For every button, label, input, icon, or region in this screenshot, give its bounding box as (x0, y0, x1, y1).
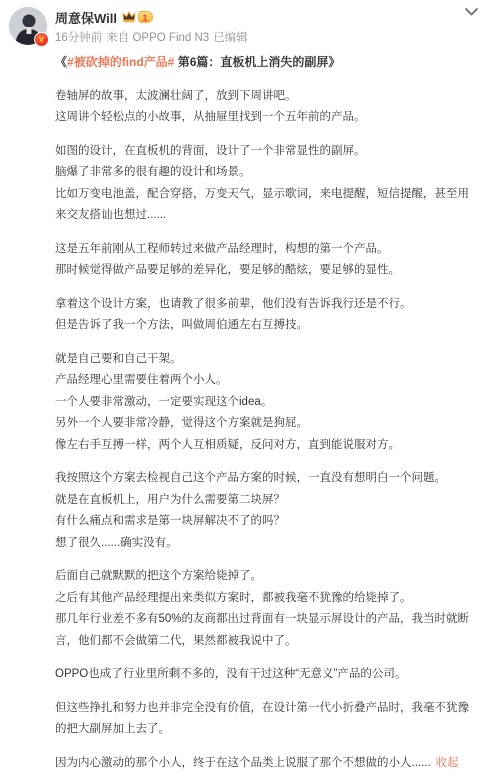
post-edited-label: 已编辑 (213, 32, 248, 44)
paragraph: OPPO也成了行业里所剩不多的，没有干过这种“无意义”产品的公司。 (55, 664, 471, 686)
paragraph: 就是自己要和自己干架。产品经理心里需要住着两个小人。一个人要非常激动，一定要实现… (55, 349, 471, 457)
last-paragraph-text: 因为内心激动的那个小人，终于在这个品类上说服了那个不想做的小人...... (55, 757, 431, 769)
paragraph: 但这些挣扎和努力也并非完全没有价值，在设计第一代小折叠产品时，我毫不犹豫的把大副… (55, 698, 471, 741)
paragraph: 拿着这个设计方案，也请教了很多前辈，他们没有告诉我行还是不行。但是告诉了我一个方… (55, 294, 471, 337)
title-rest: 第6篇：直板机上消失的副屏》 (174, 55, 340, 69)
author-name[interactable]: 周意保Will (55, 8, 117, 27)
collapse-link[interactable]: 收起 (436, 757, 459, 769)
post-time: 16分钟前 (55, 32, 102, 44)
verified-badge-icon: V (34, 32, 49, 47)
post-body: 《#被砍掉的find产品# 第6篇：直板机上消失的副屏》 卷轴屏的故事，太波澜壮… (55, 52, 471, 774)
chevron-down-icon[interactable] (464, 5, 479, 17)
paragraph: 后面自己就默默的把这个方案给毙掉了。之后有其他产品经理提出来类似方案时，都被我毫… (55, 566, 471, 652)
paragraph: 我按照这个方案去检视自己这个产品方案的时候，一直没有想明白一个问题。就是在直板机… (55, 468, 471, 554)
title-open: 《 (55, 55, 67, 69)
paragraphs-container: 卷轴屏的故事，太波澜壮阔了，放到下周讲吧。这周讲个轻松点的小故事，从抽屉里找到一… (55, 86, 471, 741)
post-source[interactable]: 来自 OPPO Find N3 (106, 32, 209, 44)
avatar[interactable]: V (9, 7, 47, 45)
paragraph: 卷轴屏的故事，太波澜壮阔了，放到下周讲吧。这周讲个轻松点的小故事，从抽屉里找到一… (55, 86, 471, 129)
crown-icon (122, 11, 136, 23)
hashtag-link[interactable]: #被砍掉的find产品# (67, 55, 174, 69)
paragraph: 如图的设计，在直板机的背面，设计了一个非常显性的副屏。脑爆了非常多的很有趣的设计… (55, 141, 471, 227)
paragraph: 这是五年前刚从工程师转过来做产品经理时，构想的第一个产品。那时候觉得做产品要足够… (55, 239, 471, 282)
post-meta: 16分钟前来自 OPPO Find N3已编辑 (55, 29, 252, 45)
last-paragraph: 因为内心激动的那个小人，终于在这个品类上说服了那个不想做的小人......收起 (55, 753, 471, 775)
weibo-post: V 周意保Will 1 16分钟前来自 OPPO Find N3已编辑 《#被砍… (0, 0, 499, 780)
vip-level-badge: 1 (138, 11, 153, 23)
post-title: 《#被砍掉的find产品# 第6篇：直板机上消失的副屏》 (55, 52, 471, 74)
